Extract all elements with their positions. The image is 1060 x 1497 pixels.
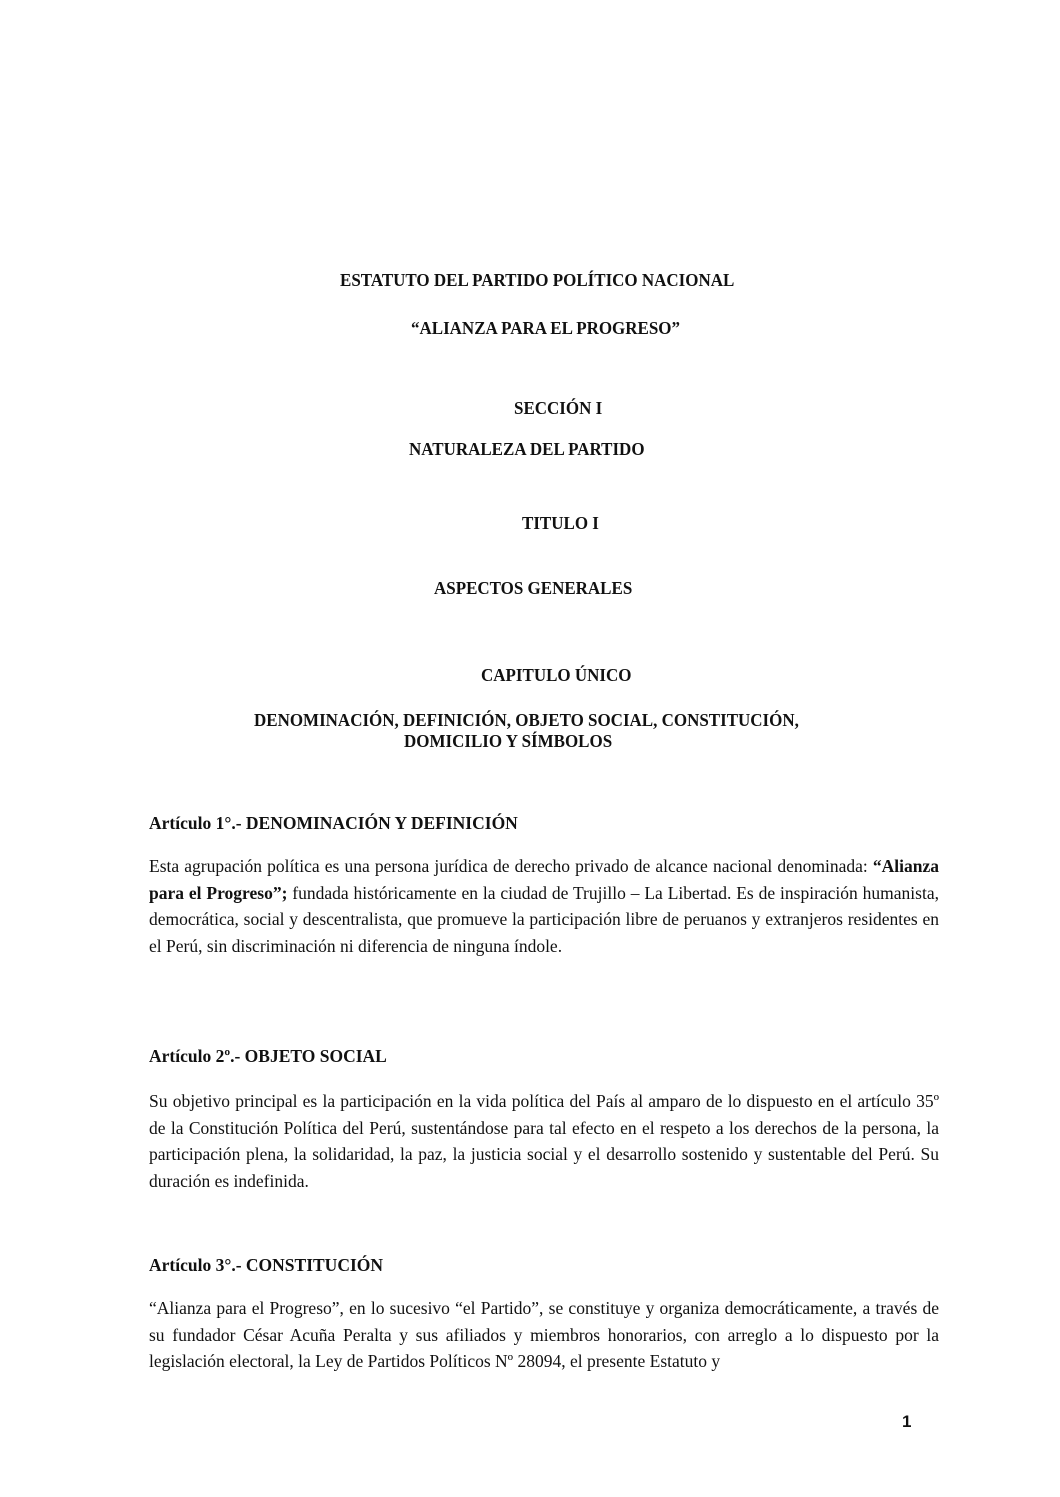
chapter-heading: CAPITULO ÚNICO bbox=[481, 665, 631, 686]
chapter-name-line1: DENOMINACIÓN, DEFINICIÓN, OBJETO SOCIAL,… bbox=[254, 710, 799, 731]
article-2-heading: Artículo 2º.- OBJETO SOCIAL bbox=[149, 1046, 387, 1067]
article-3-heading: Artículo 3°.- CONSTITUCIÓN bbox=[149, 1255, 383, 1276]
page-number: 1 bbox=[902, 1412, 911, 1432]
article-1-text-part: Esta agrupación política es una persona … bbox=[149, 856, 873, 876]
titulo-name: ASPECTOS GENERALES bbox=[434, 578, 632, 599]
document-title: ESTATUTO DEL PARTIDO POLÍTICO NACIONAL bbox=[340, 270, 734, 291]
article-1-text: Esta agrupación política es una persona … bbox=[149, 853, 939, 959]
article-2-text: Su objetivo principal es la participació… bbox=[149, 1088, 939, 1194]
article-3-text: “Alianza para el Progreso”, en lo sucesi… bbox=[149, 1295, 939, 1375]
titulo-heading: TITULO I bbox=[522, 513, 599, 534]
document-page: ESTATUTO DEL PARTIDO POLÍTICO NACIONAL “… bbox=[0, 0, 1060, 1497]
section-name: NATURALEZA DEL PARTIDO bbox=[409, 439, 645, 460]
article-1-heading: Artículo 1°.- DENOMINACIÓN Y DEFINICIÓN bbox=[149, 813, 518, 834]
chapter-name-line2: DOMICILIO Y SÍMBOLOS bbox=[404, 731, 612, 752]
party-name-title: “ALIANZA PARA EL PROGRESO” bbox=[411, 318, 680, 339]
section-heading: SECCIÓN I bbox=[514, 398, 602, 419]
